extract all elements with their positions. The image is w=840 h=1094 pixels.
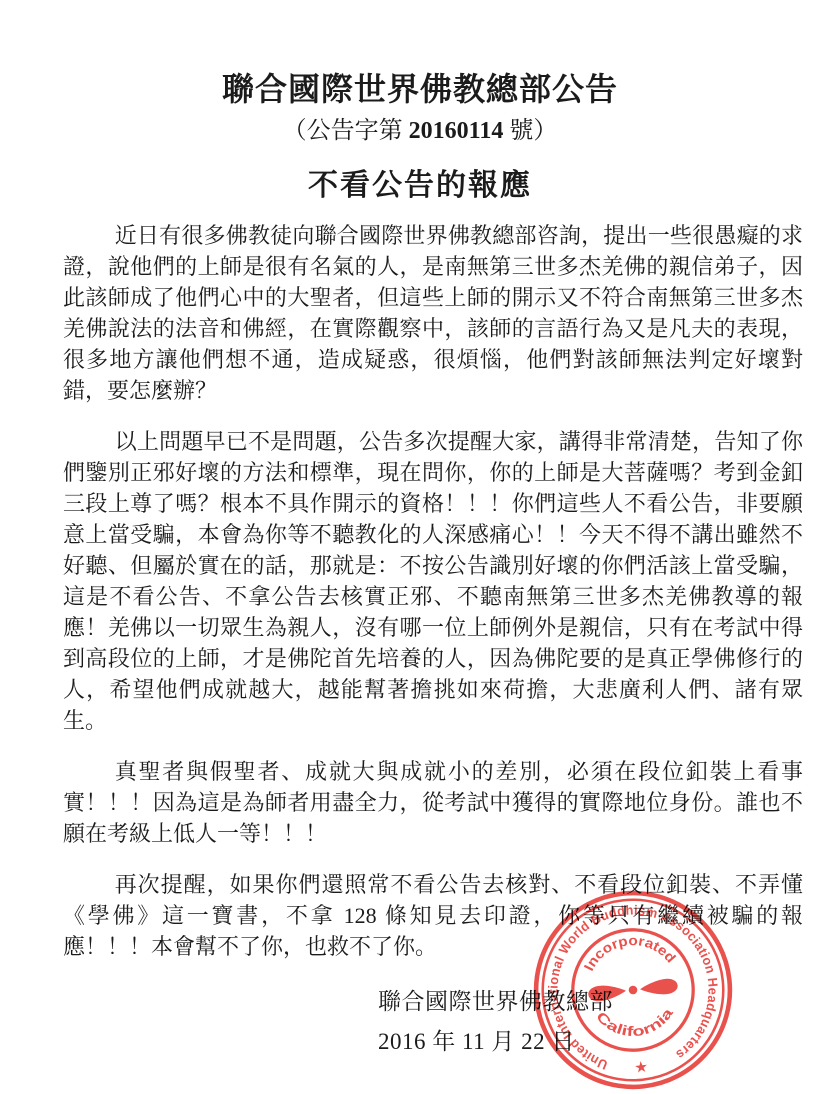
announcement-number: 20160114 xyxy=(409,118,504,144)
document-title: 聯合國際世界佛教總部公告 xyxy=(0,64,840,110)
announcement-number-line: （公告字第 20160114 號） xyxy=(0,110,840,145)
stamp-star-icon: ★ xyxy=(633,1059,648,1077)
paragraph-2: 以上問題早已不是問題，公告多次提醒大家，講得非常清楚，告知了你們鑒別正邪好壞的方… xyxy=(63,426,803,736)
document-heading: 不看公告的報應 xyxy=(0,160,840,204)
paragraph-3: 真聖者與假聖者、成就大與成就小的差別，必須在段位釦裝上看事實！！！因為這是為師者… xyxy=(63,756,803,849)
announcement-document: 聯合國際世界佛教總部公告 （公告字第 20160114 號） 不看公告的報應 近… xyxy=(0,0,840,1094)
signature-organization: 聯合國際世界佛教總部 xyxy=(378,982,613,1022)
announcement-number-suffix: 號） xyxy=(503,118,557,144)
paragraph-4: 再次提醒，如果你們還照常不看公告去核對、不看段位釦裝、不弄懂《學佛》這一寶書，不… xyxy=(63,869,803,962)
announcement-number-prefix: （公告字第 xyxy=(283,118,409,144)
emblem-center-dot xyxy=(628,985,637,994)
signature-date: 2016 年 11 月 22 日 xyxy=(378,1022,613,1062)
document-body: 近日有很多佛教徒向聯合國際世界佛教總部咨詢，提出一些很愚癡的求證，說他們的上師是… xyxy=(63,220,803,982)
paragraph-1: 近日有很多佛教徒向聯合國際世界佛教總部咨詢，提出一些很愚癡的求證，說他們的上師是… xyxy=(63,220,803,406)
signature-block: 聯合國際世界佛教總部 2016 年 11 月 22 日 xyxy=(378,982,613,1062)
